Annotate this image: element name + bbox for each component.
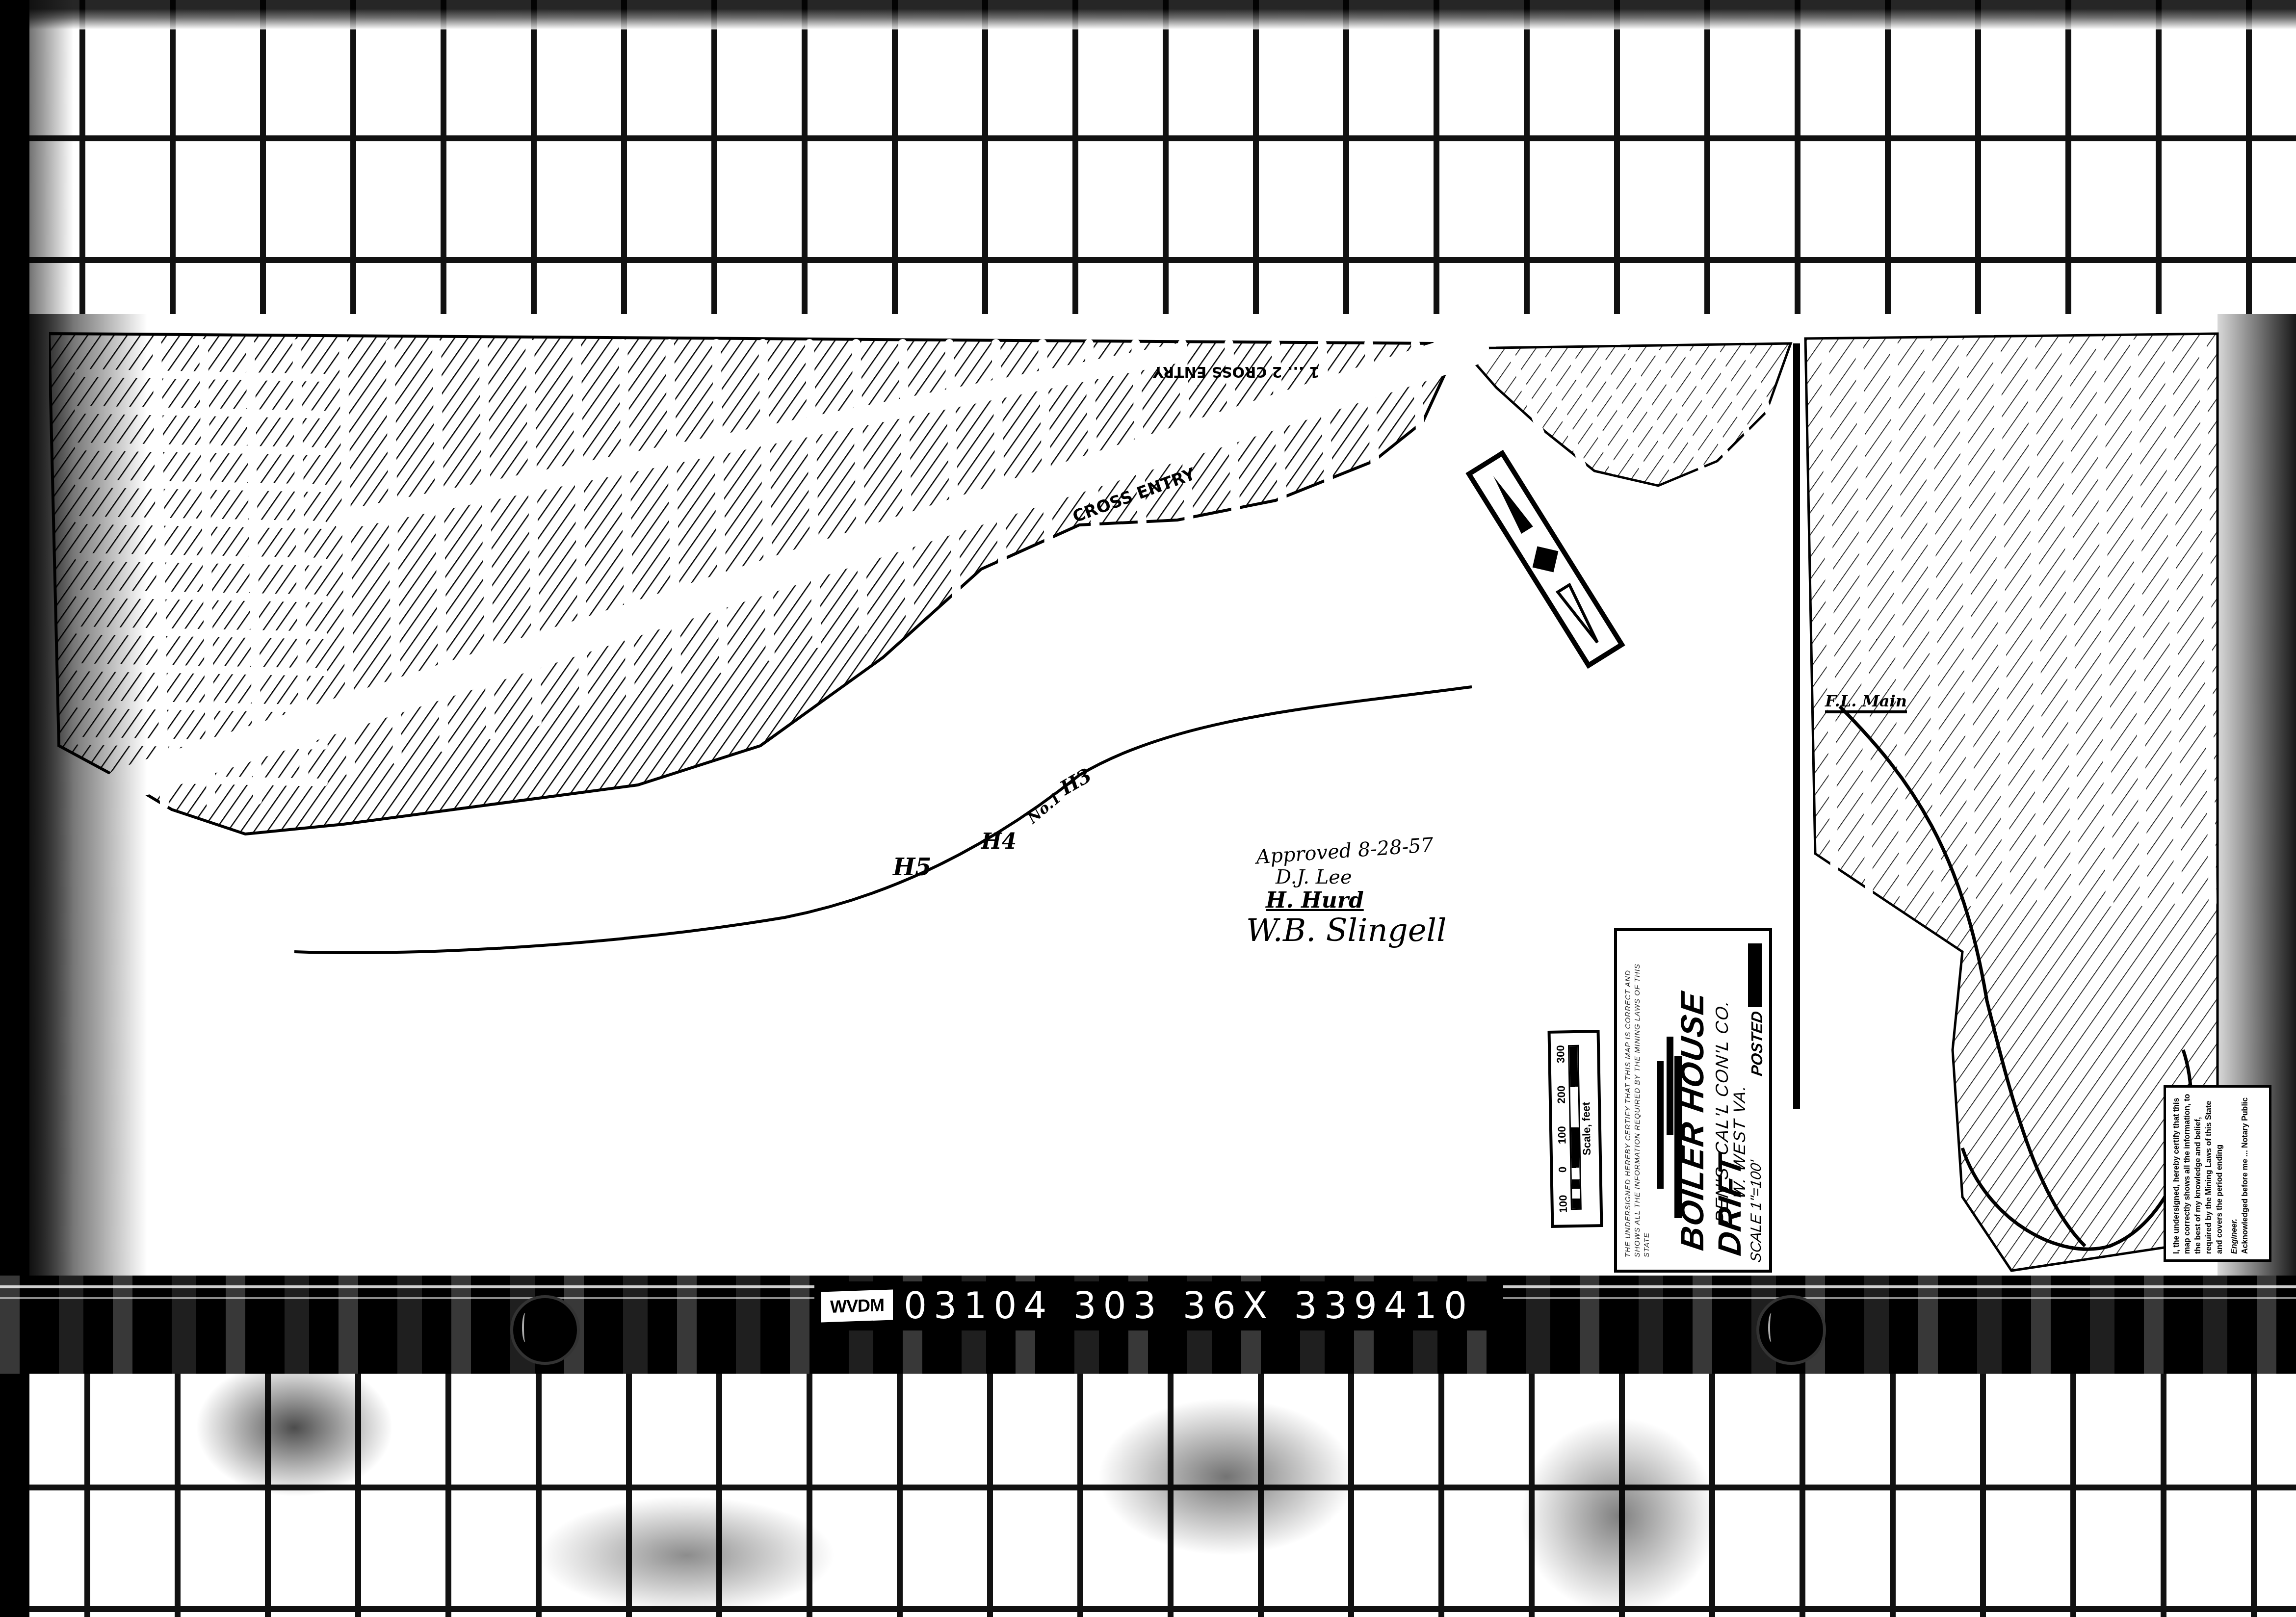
film-reel: 03104 (904, 1288, 1053, 1324)
scale-label: Scale, feet (1579, 1038, 1594, 1219)
map-location: W. WEST VA. (1730, 1083, 1749, 1200)
scale-tick-label: 200 (1555, 1086, 1568, 1104)
label-cross-entry-2: 1 ... 2 CROSS ENTRY (1153, 363, 1319, 380)
scan-top-shadow (0, 0, 2296, 29)
station-h5: H5 (893, 854, 932, 881)
signature-1: D.J. Lee (1276, 866, 1352, 888)
film-identifier: WVDM 03104 303 36X 339410 (814, 1281, 1503, 1330)
engineer-certificate: I, the undersigned, hereby certify that … (2164, 1085, 2271, 1262)
label-fl-main: F.L. Main (1825, 692, 1907, 713)
film-number: 339410 (1294, 1288, 1474, 1324)
north-arrow-icon (1469, 453, 1622, 665)
redaction-bar (1657, 1061, 1664, 1189)
company-name: PEN'S. CAL'L CON'L CO. (1712, 998, 1732, 1225)
film-punch-hole-icon (1756, 1295, 1826, 1365)
scale-tick-label: 100 (1556, 1126, 1569, 1144)
signature-2: H. Hurd (1266, 888, 1364, 913)
certificate-text: I, the undersigned, hereby certify that … (2171, 1093, 2225, 1254)
film-reduction: 36X (1183, 1288, 1275, 1324)
signature-3: W.B. Slingell (1246, 913, 1446, 949)
sheet-seam (1793, 343, 1800, 1109)
redaction-bar (1667, 1037, 1673, 1135)
scale-bar: 1000100200300 Scale, feet (1548, 1030, 1603, 1228)
scale-ticks: 1000100200300 (1554, 1038, 1570, 1220)
posted-redaction (1748, 943, 1762, 1007)
scan-grid-top (0, 0, 2296, 353)
scan-bottom-smudges (0, 1369, 2296, 1617)
map-scale: SCALE 1"=100' (1748, 1159, 1765, 1263)
station-h4: H4 (981, 829, 1017, 854)
certificate-engineer: Engineer. (2229, 1093, 2240, 1254)
film-tag: WVDM (821, 1289, 893, 1322)
film-frame: 303 (1073, 1288, 1163, 1324)
title-block: THE UNDERSIGNED HEREBY CERTIFY THAT THIS… (1614, 928, 1772, 1273)
posted-stamp: POSTED (1748, 1010, 1766, 1077)
scan-left-edge (0, 0, 29, 1617)
title-certification-text: THE UNDERSIGNED HEREBY CERTIFY THAT THIS… (1623, 943, 1651, 1257)
scale-tick-label: 100 (1557, 1195, 1570, 1213)
scale-tick-label: 300 (1554, 1045, 1567, 1063)
scale-tick-label: 0 (1556, 1167, 1569, 1173)
certificate-notary: Acknowledged before me ... Notary Public (2240, 1093, 2251, 1254)
mine-workings-drawing (49, 314, 2286, 1276)
film-punch-hole-icon (510, 1295, 580, 1365)
mine-map-sheet: CROSS ENTRY 1 ... 2 CROSS ENTRY H5 H4 H3… (49, 314, 2286, 1276)
